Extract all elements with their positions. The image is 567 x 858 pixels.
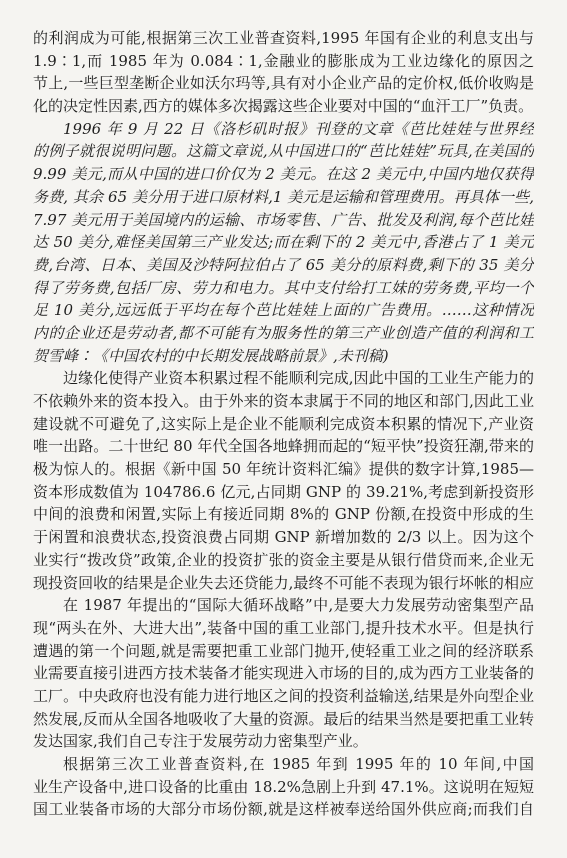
text-line: 现“两头在外、大进大出”,装备中国的重工业部门,提升技术水平。但是执行这个战略所 [33, 617, 534, 640]
text-line: 资本形成数值为 104786.6 亿元,占同期 GNP 的 39.21%,考虑到… [33, 481, 534, 504]
text-line: 根据第三次工业普查资料,在 1985 年到 1995 年的 10 年间,中国 3… [33, 753, 534, 776]
text-line: 中间的浪费和闲置,实际上有接近同期 8%的 GNP 份额,在投资中形成的生产能力… [33, 503, 534, 526]
page-text: 的利润成为可能,根据第三次工业普查资料,1995 年国有企业的利息支出与利润之比… [0, 0, 567, 858]
scanned-book-page: { "page": { "type": "book-page-scan", "l… [0, 0, 567, 858]
paragraph: 的利润成为可能,根据第三次工业普查资料,1995 年国有企业的利息支出与利润之比… [33, 27, 534, 118]
text-line: 贺雪峰∶《中国农村的中长期发展战略前景》,未刊稿) [33, 345, 534, 368]
text-line: 工厂。中央政府也没有能力进行地区之间的投资利益输送,结果是外向型企业和部门自 [33, 685, 534, 708]
text-line: 7.97 美元用于美国境内的运输、市场零售、广告、批发及利润,每个芭比娃娃仅广告… [33, 209, 534, 232]
text-line: 9.99 美元,而从中国的进口价仅为 2 美元。在这 2 美元中,中国内地仅获得… [33, 163, 534, 186]
text-line: 费,台湾、日本、美国及沙特阿拉伯占了 65 美分的原料费,剩下的 35 美分由中… [33, 254, 534, 277]
text-line: 达 50 美分,难怪美国第三产业发达;而在剩下的 2 美元中,香港占了 1 美元… [33, 231, 534, 254]
paragraph: 边缘化使得产业资本积累过程不能顺利完成,因此中国的工业生产能力的扩张不得不依赖外… [33, 367, 534, 594]
text-line: 国工业装备市场的大部分市场份额,就是这样被奉送给国外供应商;而我们自己通过 20 [33, 798, 534, 821]
text-line: 在 1987 年提出的“国际大循环战略”中,是要大力发展劳动密集型产品出口换汇,… [33, 594, 534, 617]
text-line: 内的企业还是劳动者,都不可能有为服务性的第三产业创造产值的利润和工资。(转引自 [33, 322, 534, 345]
text-line: 节上,一些巨型垄断企业如沃尔玛等,具有对小企业产品的定价权,低价收购是工业边缘 [33, 72, 534, 95]
paragraph: 根据第三次工业普查资料,在 1985 年到 1995 年的 10 年间,中国 3… [33, 753, 534, 821]
paragraph: 1996 年 9 月 22 日《洛杉矶时报》刊登的文章《芭比娃娃与世界经济》列举… [33, 118, 534, 368]
text-line: 业需要直接引进西方技术装备才能实现进入市场的目的,成为西方工业装备的末段装备 [33, 662, 534, 685]
text-line: 得了劳务费,包括厂房、劳力和电力。其中支付给打工妹的劳务费,平均一个芭比娃娃不 [33, 277, 534, 300]
text-line: 然发展,反而从全国各地吸收了大量的资源。最后的结果当然是要把重工业转移到西方 [33, 708, 534, 731]
text-line: 化的决定性因素,西方的媒体多次揭露这些企业要对中国的“血汗工厂”负责。 [33, 95, 534, 118]
text-line: 发达国家,我们自己专注于发展劳动力密集型产业。 [33, 730, 534, 753]
text-line: 于闲置和浪费状态,投资浪费占同期 GNP 新增加数的 2/3 以上。因为这个时期… [33, 526, 534, 549]
text-line: 现投资回收的结果是企业失去还贷能力,最终不可能不表现为银行坏帐的相应增加。 [33, 572, 534, 595]
text-line: 的例子就很说明问题。这篇文章说,从中国进口的“芭比娃娃”玩具,在美国的零售价为 [33, 140, 534, 163]
text-line: 唯一出路。二十世纪 80 年代全国各地蜂拥而起的“短平快”投资狂潮,带来的投资浪… [33, 435, 534, 458]
text-line: 业生产设备中,进口设备的比重由 18.2%急剧上升到 47.1%。这说明在短短的… [33, 776, 534, 799]
text-line: 不依赖外来的资本投入。由于外来的资本隶属于不同的地区和部门,因此工业上的重复 [33, 390, 534, 413]
paragraph: 在 1987 年提出的“国际大循环战略”中,是要大力发展劳动密集型产品出口换汇,… [33, 594, 534, 753]
text-line: 遭遇的第一个问题,就是需要把重工业部门抛开,使轻重工业之间的经济联系中断,加工 [33, 640, 534, 663]
text-line: 边缘化使得产业资本积累过程不能顺利完成,因此中国的工业生产能力的扩张不得 [33, 367, 534, 390]
text-line: 1.9∶1,而 1985 年为 0.084∶1,金融业的膨胀成为工业边缘化的原因… [33, 50, 534, 73]
text-line: 建设就不可避免了,这实际上是企业不能顺利完成资本积累的情况下,产业资本扩张的 [33, 413, 534, 436]
text-line: 极为惊人的。根据《新中国 50 年统计资料汇编》提供的数字计算,1985—199… [33, 458, 534, 481]
text-line: 业实行“拨改贷”政策,企业的投资扩张的资金主要是从银行借贷而来,企业无法顺利实 [33, 549, 534, 572]
text-line: 足 10 美分,远远低于平均在每个芭比娃娃上面的广告费用。……这种情况下,无论是… [33, 299, 534, 322]
text-line: 1996 年 9 月 22 日《洛杉矶时报》刊登的文章《芭比娃娃与世界经济》列举… [33, 118, 534, 141]
text-line: 的利润成为可能,根据第三次工业普查资料,1995 年国有企业的利息支出与利润之比… [33, 27, 534, 50]
text-line: 务费, 其余 65 美分用于进口原材料,1 美元是运输和管理费用。再具体一些, … [33, 186, 534, 209]
